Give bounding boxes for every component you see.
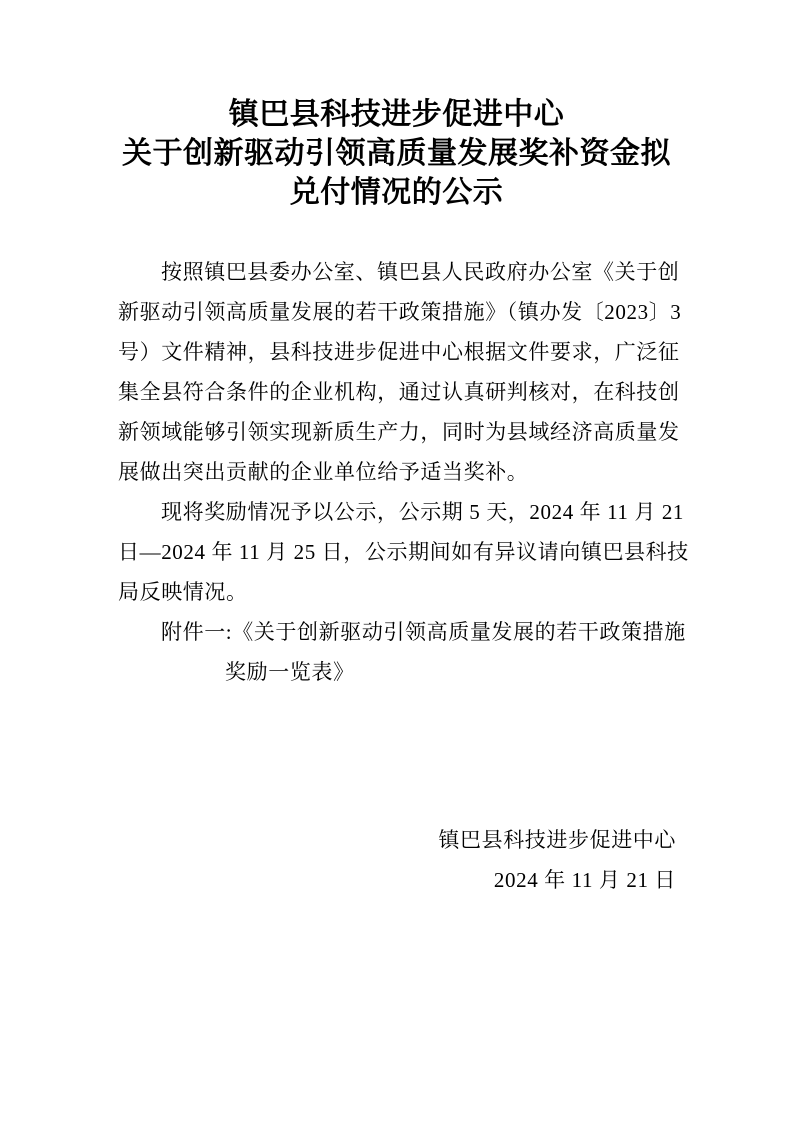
- para1-line: 号）文件精神，县科技进步促进中心根据文件要求，广泛征: [118, 332, 680, 372]
- para2-line: 局反映情况。: [118, 572, 680, 612]
- title-line-3: 兑付情况的公示: [0, 173, 793, 212]
- document-body: 按照镇巴县委办公室、镇巴县人民政府办公室《关于创 新驱动引领高质量发展的若干政策…: [118, 252, 680, 692]
- attachment-line: 奖励一览表》: [118, 652, 680, 692]
- para2-line: 日—2024 年 11 月 25 日，公示期间如有异议请向镇巴县科技: [118, 532, 680, 572]
- para2-line: 现将奖励情况予以公示，公示期 5 天，2024 年 11 月 21: [118, 492, 680, 532]
- para1-line: 新驱动引领高质量发展的若干政策措施》（镇办发〔2023〕3: [118, 292, 680, 332]
- para1-line: 新领域能够引领实现新质生产力，同时为县域经济高质量发: [118, 412, 680, 452]
- title-line-2: 关于创新驱动引领高质量发展奖补资金拟: [0, 134, 793, 173]
- title-line-1: 镇巴县科技进步促进中心: [0, 95, 793, 134]
- document-title: 镇巴县科技进步促进中心 关于创新驱动引领高质量发展奖补资金拟 兑付情况的公示: [0, 95, 793, 212]
- signature-date: 2024 年 11 月 21 日: [438, 860, 676, 900]
- document-page: 镇巴县科技进步促进中心 关于创新驱动引领高质量发展奖补资金拟 兑付情况的公示 按…: [0, 0, 793, 1122]
- signature-org: 镇巴县科技进步促进中心: [438, 820, 676, 860]
- para1-line: 展做出突出贡献的企业单位给予适当奖补。: [118, 452, 680, 492]
- attachment-line: 附件一:《关于创新驱动引领高质量发展的若干政策措施: [118, 612, 680, 652]
- para1-line: 按照镇巴县委办公室、镇巴县人民政府办公室《关于创: [118, 252, 680, 292]
- signature-block: 镇巴县科技进步促进中心 2024 年 11 月 21 日: [438, 820, 676, 900]
- para1-line: 集全县符合条件的企业机构，通过认真研判核对，在科技创: [118, 372, 680, 412]
